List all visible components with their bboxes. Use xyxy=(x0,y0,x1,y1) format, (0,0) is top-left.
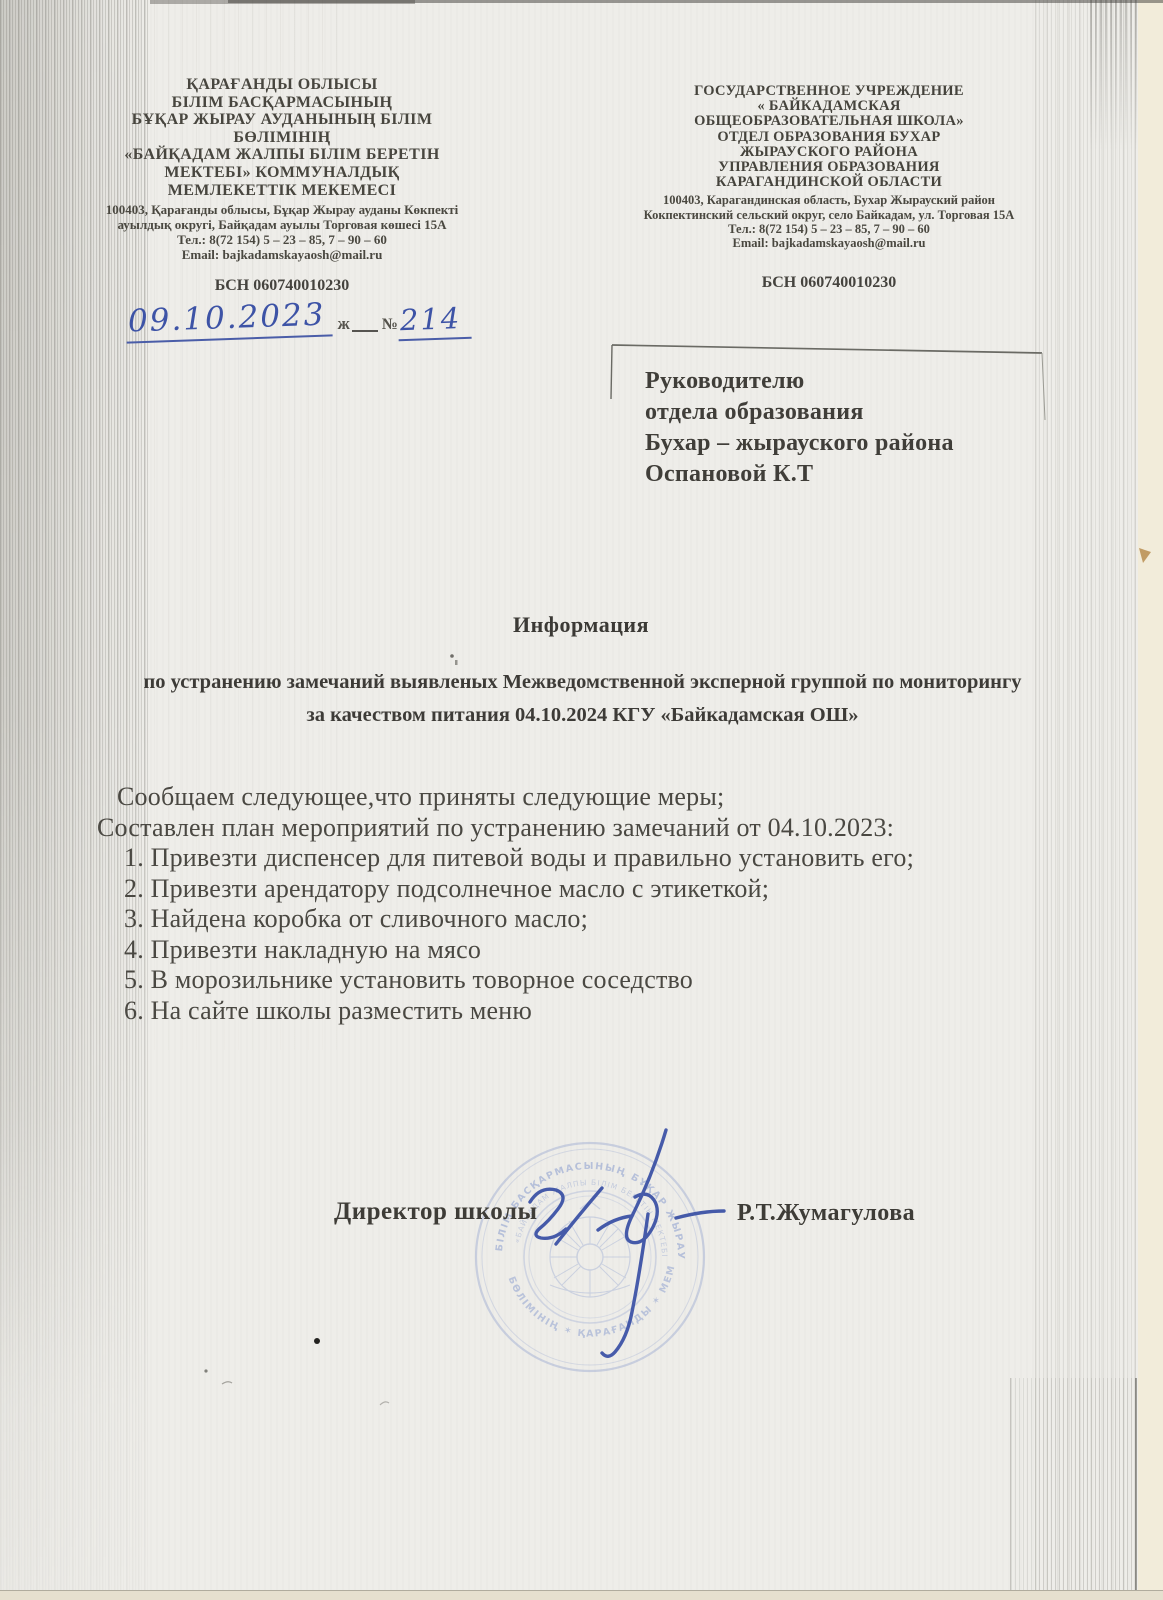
org-line: БІЛІМ БАСҚАРМАСЫНЫҢ xyxy=(88,94,476,112)
recipient-line: Оспановой К.Т xyxy=(645,459,954,490)
org-line: МЕКТЕБІ» КОММУНАЛДЫҚ xyxy=(88,164,476,182)
org-line: МЕМЛЕКЕТТІК МЕКЕМЕСІ xyxy=(88,182,476,200)
org-line: ЖЫРАУСКОГО РАЙОНА xyxy=(598,145,1060,160)
paper-edge-bottom xyxy=(0,1590,1163,1600)
scanned-letter-page: ҚАРАҒАНДЫ ОБЛЫСЫБІЛІМ БАСҚАРМАСЫНЫҢБҰҚАР… xyxy=(0,0,1163,1600)
body-intro-line: Составлен план мероприятий по устранению… xyxy=(97,813,1057,844)
underlying-sheet-corner xyxy=(1010,1378,1137,1591)
number-sign-label: № xyxy=(378,316,398,340)
address-line: Тел.: 8(72 154) 5 – 23 – 85, 7 – 90 – 60 xyxy=(598,222,1060,236)
recipient-line: отдела образования xyxy=(645,397,954,428)
letterhead-kazakh: ҚАРАҒАНДЫ ОБЛЫСЫБІЛІМ БАСҚАРМАСЫНЫҢБҰҚАР… xyxy=(88,76,476,295)
letterhead-russian: ГОСУДАРСТВЕННОЕ УЧРЕЖДЕНИЕ« БАЙКАДАМСКАЯ… xyxy=(598,84,1060,292)
address-line: Тел.: 8(72 154) 5 – 23 – 85, 7 – 90 – 60 xyxy=(88,232,476,247)
org-line: ОТДЕЛ ОБРАЗОВАНИЯ БУХАР xyxy=(598,130,1060,145)
recipient-line: Руководителю xyxy=(645,366,954,397)
address-line: Email: bajkadamskayaosh@mail.ru xyxy=(598,236,1060,250)
org-line: УПРАВЛЕНИЯ ОБРАЗОВАНИЯ xyxy=(598,160,1060,175)
signature-name: Р.Т.Жумагулова xyxy=(737,1200,915,1227)
org-line: « БАЙКАДАМСКАЯ xyxy=(598,99,1060,114)
org-line: ГОСУДАРСТВЕННОЕ УЧРЕЖДЕНИЕ xyxy=(598,84,1060,99)
address-line: 100403, Карагандинская область, Бухар Жы… xyxy=(598,193,1060,207)
org-line: ҚАРАҒАНДЫ ОБЛЫСЫ xyxy=(88,76,476,94)
handwritten-number: 214 xyxy=(397,301,472,342)
measure-item: 1. Привезти диспенсер для питевой воды и… xyxy=(124,843,1064,874)
measure-item: 6. На сайте школы разместить меню xyxy=(124,996,1064,1027)
org-name-russian: ГОСУДАРСТВЕННОЕ УЧРЕЖДЕНИЕ« БАЙКАДАМСКАЯ… xyxy=(598,84,1060,190)
org-bin-left: БСН 060740010230 xyxy=(88,277,476,295)
ink-dot-speck xyxy=(314,1338,320,1344)
org-address-russian: 100403, Карагандинская область, Бухар Жы… xyxy=(598,193,1060,250)
director-signature xyxy=(500,1110,760,1370)
recipient-line: Бухар – жырауского района xyxy=(645,428,954,459)
measure-item: 2. Привезти арендатору подсолнечное масл… xyxy=(124,874,1064,905)
document-subject: по устранению замечаний выявленых Межвед… xyxy=(135,666,1030,732)
org-address-kazakh: 100403, Қарағанды облысы, Бұқар Жырау ау… xyxy=(88,202,476,262)
address-line: Email: bajkadamskayaosh@mail.ru xyxy=(88,247,476,262)
outgoing-ref-line: 09.10.2023 ж № 214 xyxy=(126,300,471,340)
org-line: БӨЛІМІНІҢ xyxy=(88,129,476,147)
measure-item: 5. В морозильнике установить товорное со… xyxy=(124,965,1064,996)
paper-edge-right xyxy=(1138,0,1163,1600)
year-suffix-label: ж xyxy=(332,314,352,340)
org-name-kazakh: ҚАРАҒАНДЫ ОБЛЫСЫБІЛІМ БАСҚАРМАСЫНЫҢБҰҚАР… xyxy=(88,76,476,199)
org-line: БҰҚАР ЖЫРАУ АУДАНЫНЫҢ БІЛІМ xyxy=(88,111,476,129)
measures-list: 1. Привезти диспенсер для питевой воды и… xyxy=(124,843,1064,1026)
measure-item: 4. Привезти накладную на мясо xyxy=(124,935,1064,966)
address-line: Кокпектинский сельский округ, село Байка… xyxy=(598,208,1060,222)
org-line: ОБЩЕОБРАЗОВАТЕЛЬНАЯ ШКОЛА» xyxy=(598,114,1060,129)
address-line: ауылдық округі, Байқадам ауылы Торговая … xyxy=(88,217,476,232)
handwritten-date: 09.10.2023 xyxy=(125,296,332,343)
body-intro-line: Сообщаем следующее,что приняты следующие… xyxy=(97,782,1057,813)
blank-underline xyxy=(352,329,378,332)
document-title: Информация xyxy=(381,612,781,638)
scan-top-edge-smudge xyxy=(150,0,415,4)
org-bin-right: БСН 060740010230 xyxy=(598,274,1060,292)
recipient-block: Руководителюотдела образованияБухар – жы… xyxy=(645,366,954,490)
address-line: 100403, Қарағанды облысы, Бұқар Жырау ау… xyxy=(88,202,476,217)
body-intro: Сообщаем следующее,что приняты следующие… xyxy=(97,782,1057,843)
org-line: КАРАГАНДИНСКОЙ ОБЛАСТИ xyxy=(598,175,1060,190)
measure-item: 3. Найдена коробка от сливочного масло; xyxy=(124,904,1064,935)
org-line: «БАЙҚАДАМ ЖАЛПЫ БІЛІМ БЕРЕТІН xyxy=(88,146,476,164)
